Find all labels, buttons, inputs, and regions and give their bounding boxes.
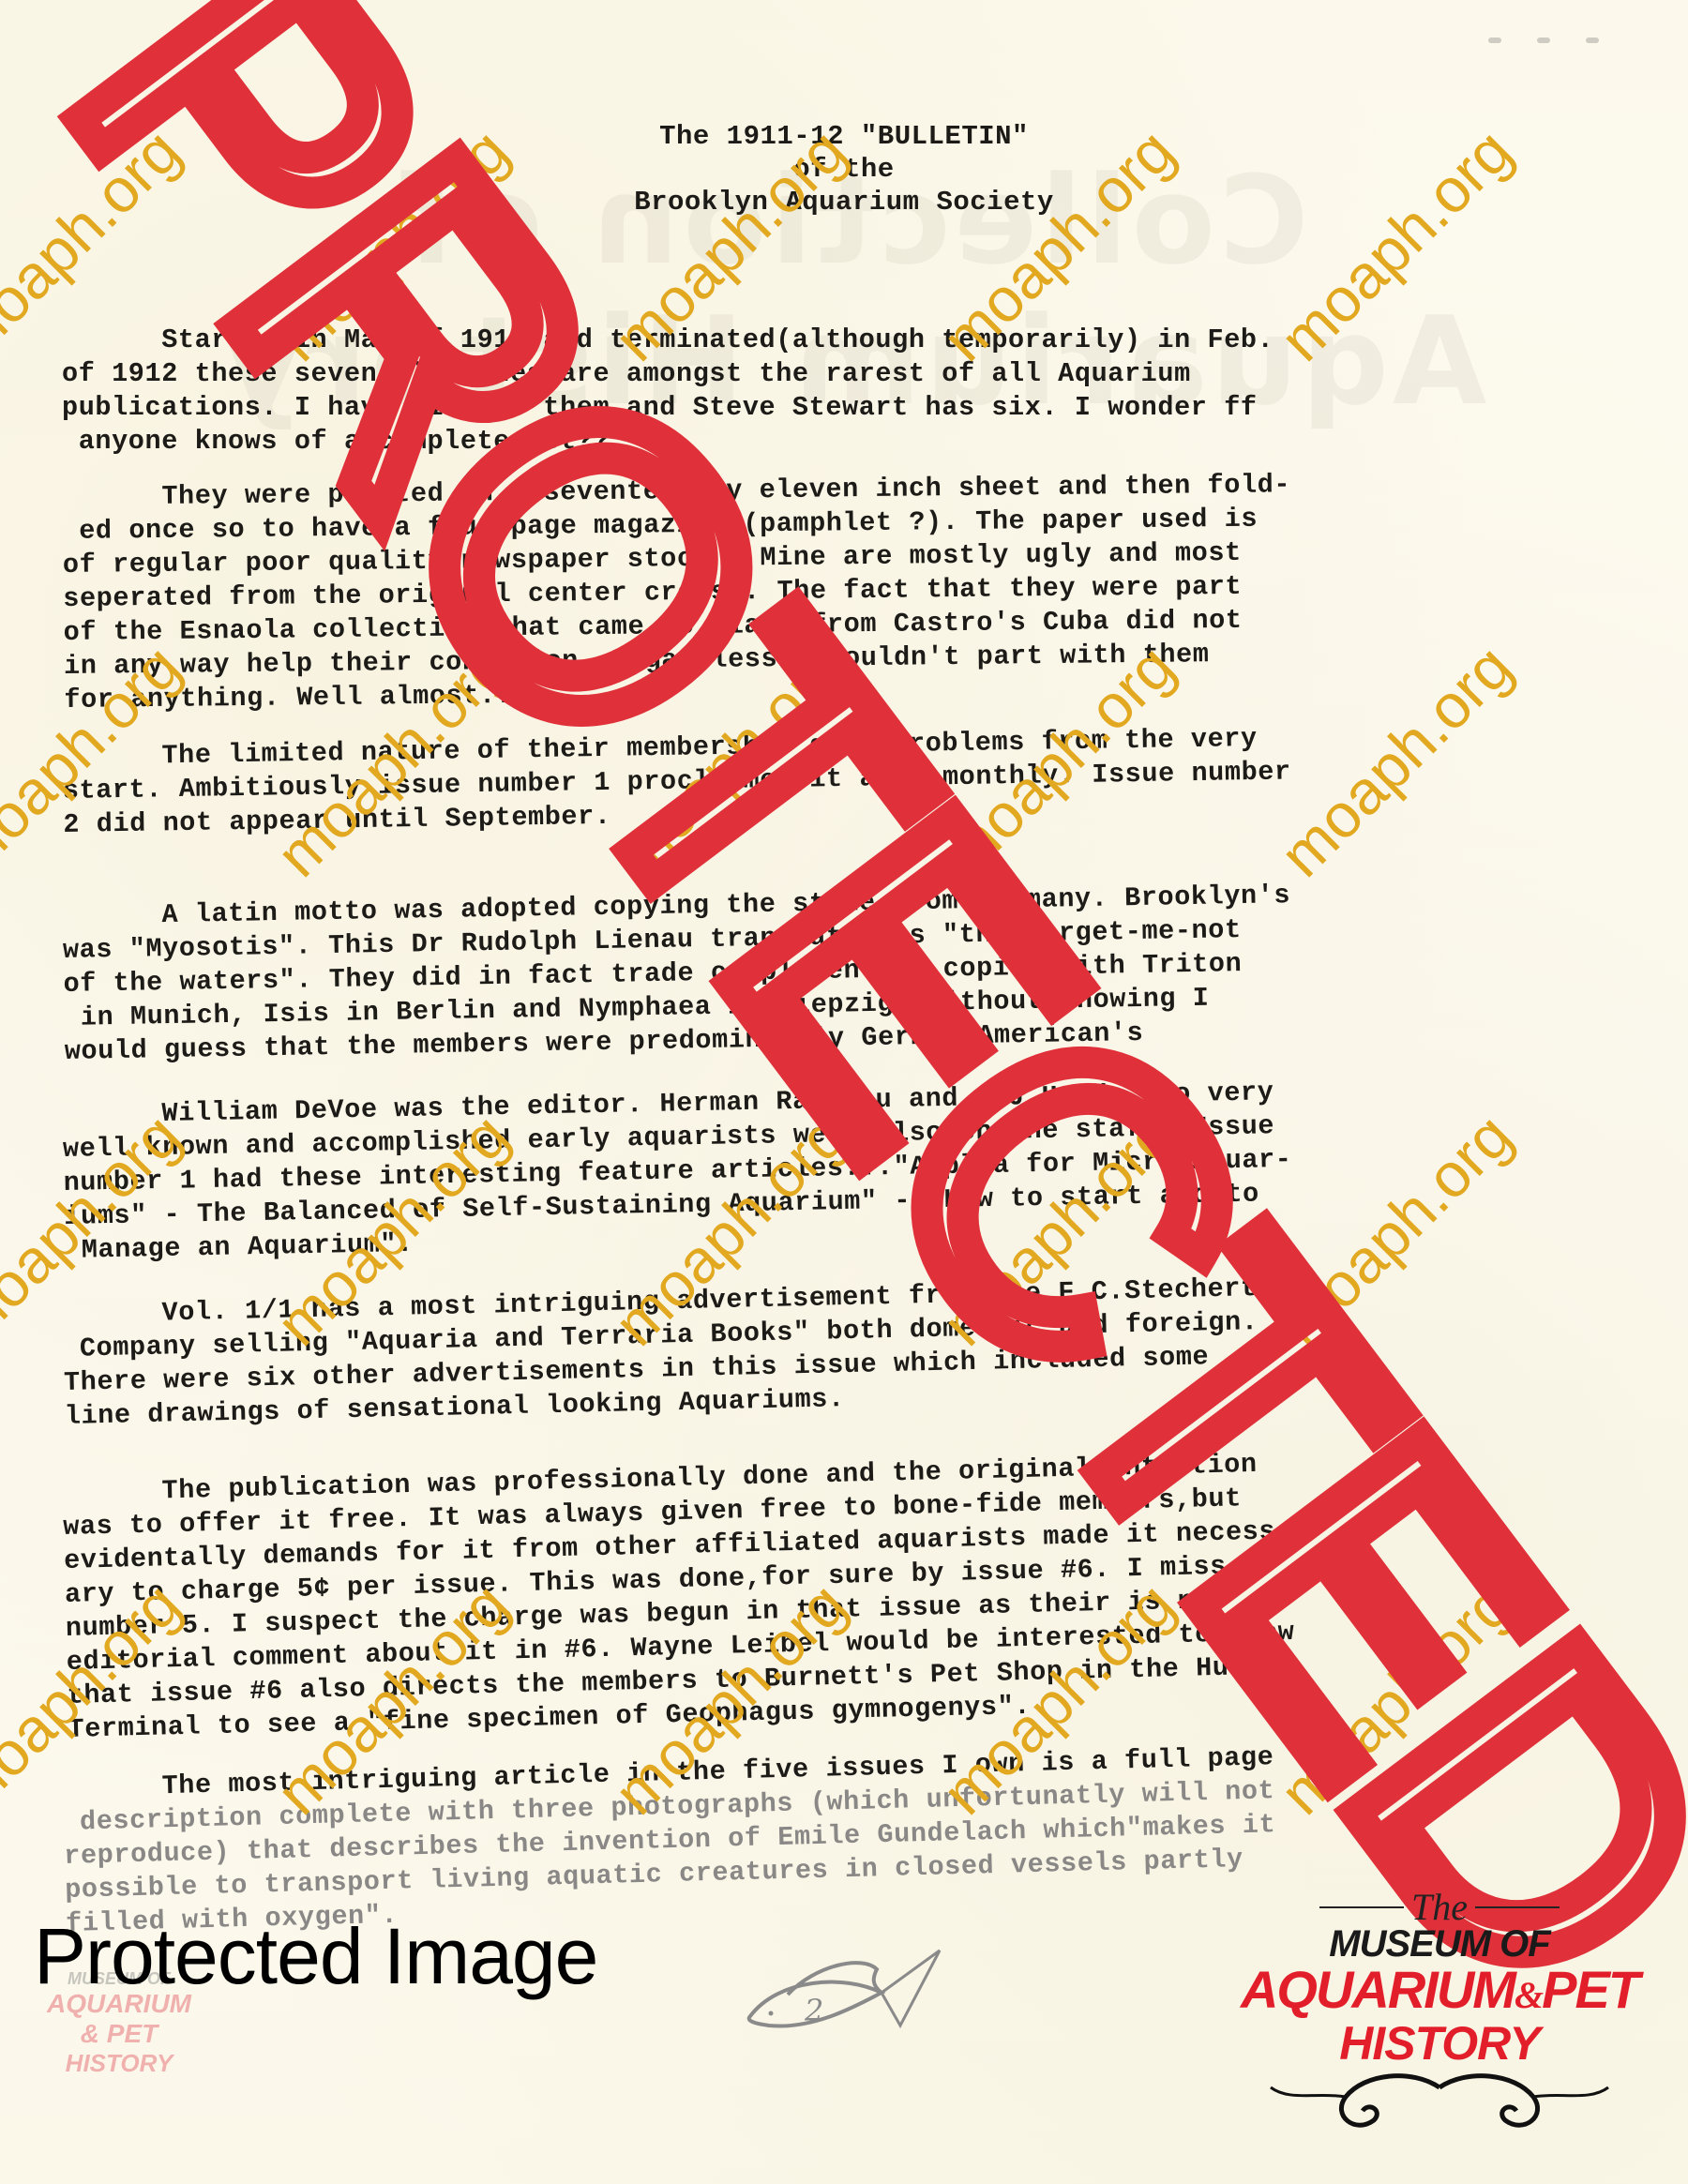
logo-ampersand: & [1515,1974,1542,2016]
faded-logo-line: HISTORY [39,2049,199,2078]
protected-image-caption: Protected Image [34,1911,597,2002]
museum-logo: The MUSEUM OF AQUARIUM&PET HISTORY [1219,1885,1660,2148]
staple-marks [1488,38,1599,43]
logo-pet: PET [1542,1960,1638,2019]
flourish-ornament-icon [1243,2069,1636,2144]
logo-aquarium: AQUARIUM [1241,1960,1515,2019]
page-number: 2 [804,1993,823,2028]
logo-the: The [1219,1885,1660,1929]
logo-history: HISTORY [1219,2020,1660,2067]
logo-aquarium-pet: AQUARIUM&PET [1219,1966,1660,2020]
fish-sketch-page-number: 2 [731,1927,947,2040]
